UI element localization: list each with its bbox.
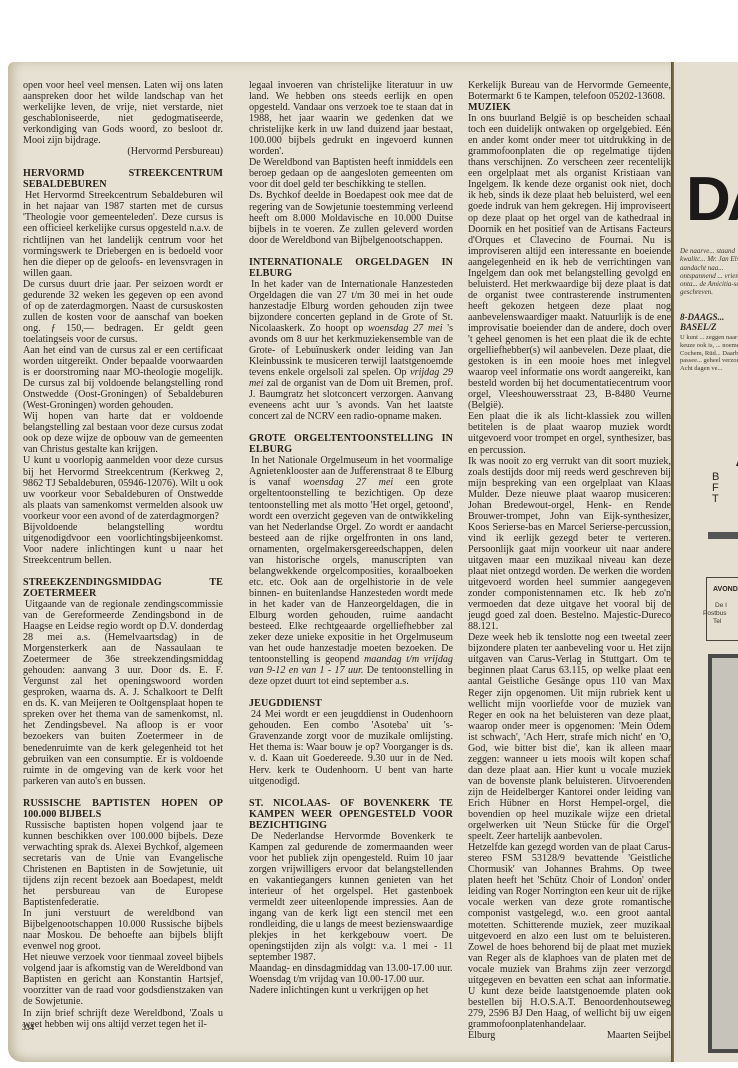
paragraph: In ons buurland België is op bescheiden … <box>468 113 671 411</box>
paragraph: open voor heel veel mensen. Laten wij on… <box>23 80 223 146</box>
paragraph: In juni verstuurt de wereldbond van Bijb… <box>23 908 223 952</box>
heading-zendingsmiddag: STREEKZENDINGSMIDDAG TE ZOETERMEER <box>23 577 223 599</box>
paragraph: Wij hopen van harte dat er voldoende bel… <box>23 411 223 455</box>
letter: T <box>712 494 719 505</box>
adjacent-page: DA De naarve... staand kwalitc... Mr. Ja… <box>674 62 738 1062</box>
paragraph: In het Nationale Orgelmuseum in het voor… <box>249 455 453 687</box>
paragraph: Het Hervormd Streekcentrum Sebaldeburen … <box>23 190 223 278</box>
paragraph: De Wereldbond van Baptisten heeft inmidd… <box>249 157 453 190</box>
signature-author: Maarten Seijbel <box>607 1030 671 1041</box>
text: zal de organist van de Dom uit Bremen, p… <box>249 378 453 422</box>
credit-line: (Hervormd Persbureau) <box>23 146 223 157</box>
heading-baptisten: RUSSISCHE BAPTISTEN HOPEN OP 100.000 BIJ… <box>23 798 223 820</box>
heading-streekcentrum: HERVORMD STREEKCENTRUM SEBALDEBUREN <box>23 168 223 190</box>
adjacent-page-title: DA <box>686 164 738 235</box>
paragraph: Aan het eind van de cursus zal er een ce… <box>23 345 223 411</box>
paragraph: U kunt u voorlopig aanmelden voor deze c… <box>23 455 223 521</box>
paragraph: Nadere inlichtingen kunt u verkrijgen op… <box>249 985 453 996</box>
paragraph: Woensdag t/m vrijdag van 10.00-17.00 uur… <box>249 974 453 985</box>
paragraph: De Nederlandse Hervormde Bovenkerk te Ka… <box>249 831 453 964</box>
adjacent-page-photo <box>708 654 738 1053</box>
adjacent-page-heading: 8-DAAGS... BASEL/Z <box>680 312 738 332</box>
paragraph: Ds. Bychkof deelde in Boedapest ook mee … <box>249 190 453 245</box>
adjacent-page-letters: B F T <box>712 472 719 505</box>
adjacent-page-info-box: AVOND De I Postbus Tel <box>706 577 738 641</box>
column-3: Kerkelijk Bureau van de Hervormde Gemeen… <box>468 80 671 1041</box>
paragraph: Kerkelijk Bureau van de Hervormde Gemeen… <box>468 80 671 102</box>
paragraph: Hetzelfde kan gezegd worden van de plaat… <box>468 842 671 1030</box>
heading-bovenkerk: ST. NICOLAAS- OF BOVENKERK TE KAMPEN WEE… <box>249 798 453 831</box>
heading-tentoonstelling: GROTE ORGELTENTOONSTELLING IN ELBURG <box>249 433 453 455</box>
page-number: 334 <box>22 1023 34 1032</box>
paragraph: Een plaat die ik als licht-klassiek zou … <box>468 411 671 455</box>
emphasis: woensdag 27 mei <box>368 323 443 334</box>
adjacent-page-body: U kunt ... zeggen naar h... keuze ook is… <box>680 334 738 373</box>
paragraph: In zijn brief schrijft deze Wereldbond, … <box>23 1008 223 1030</box>
paragraph: Maandag- en dinsdagmiddag van 13.00-17.0… <box>249 963 453 974</box>
info-box-title: AVOND <box>713 586 738 593</box>
info-box-line: De I <box>715 602 727 609</box>
heading-orgeldagen: INTERNATIONALE ORGELDAGEN IN ELBURG <box>249 257 453 279</box>
info-box-line: Postbus <box>703 610 727 617</box>
emphasis: woensdag 27 mei <box>303 477 393 488</box>
divider-bar <box>708 532 738 539</box>
adjacent-page-intro: De naarve... staand kwalitc... Mr. Jan E… <box>680 247 738 297</box>
paragraph: Ik was nooit zo erg verrukt van dit soor… <box>468 456 671 633</box>
paragraph: In het kader van de Internationale Hanze… <box>249 279 453 423</box>
signature-row: Elburg Maarten Seijbel <box>468 1030 671 1041</box>
heading-muziek: MUZIEK <box>468 102 671 113</box>
paragraph: Bijvoldoende belangstelling wordtu uitge… <box>23 522 223 566</box>
paragraph: Deze week heb ik tenslotte nog een tweet… <box>468 632 671 842</box>
text: een grote orgeltentoonstelling te bezich… <box>249 477 453 665</box>
paragraph: De cursus duurt drie jaar. Per seizoen w… <box>23 279 223 345</box>
signature-place: Elburg <box>468 1030 495 1041</box>
heading-jeugddienst: JEUGDDIENST <box>249 698 453 709</box>
paragraph: Uitgaande van de regionale zendingscommi… <box>23 599 223 787</box>
paragraph: Het nieuwe verzoek voor tienmaal zoveel … <box>23 952 223 1007</box>
info-box-line: Tel <box>713 618 721 625</box>
paragraph: Russische baptisten hopen volgend jaar t… <box>23 820 223 908</box>
paragraph: 24 Mei wordt er een jeugddienst in Ouden… <box>249 709 453 786</box>
column-2: legaal invoeren van christelijke literat… <box>249 80 453 996</box>
column-1: open voor heel veel mensen. Laten wij on… <box>23 80 223 1030</box>
paragraph: legaal invoeren van christelijke literat… <box>249 80 453 157</box>
